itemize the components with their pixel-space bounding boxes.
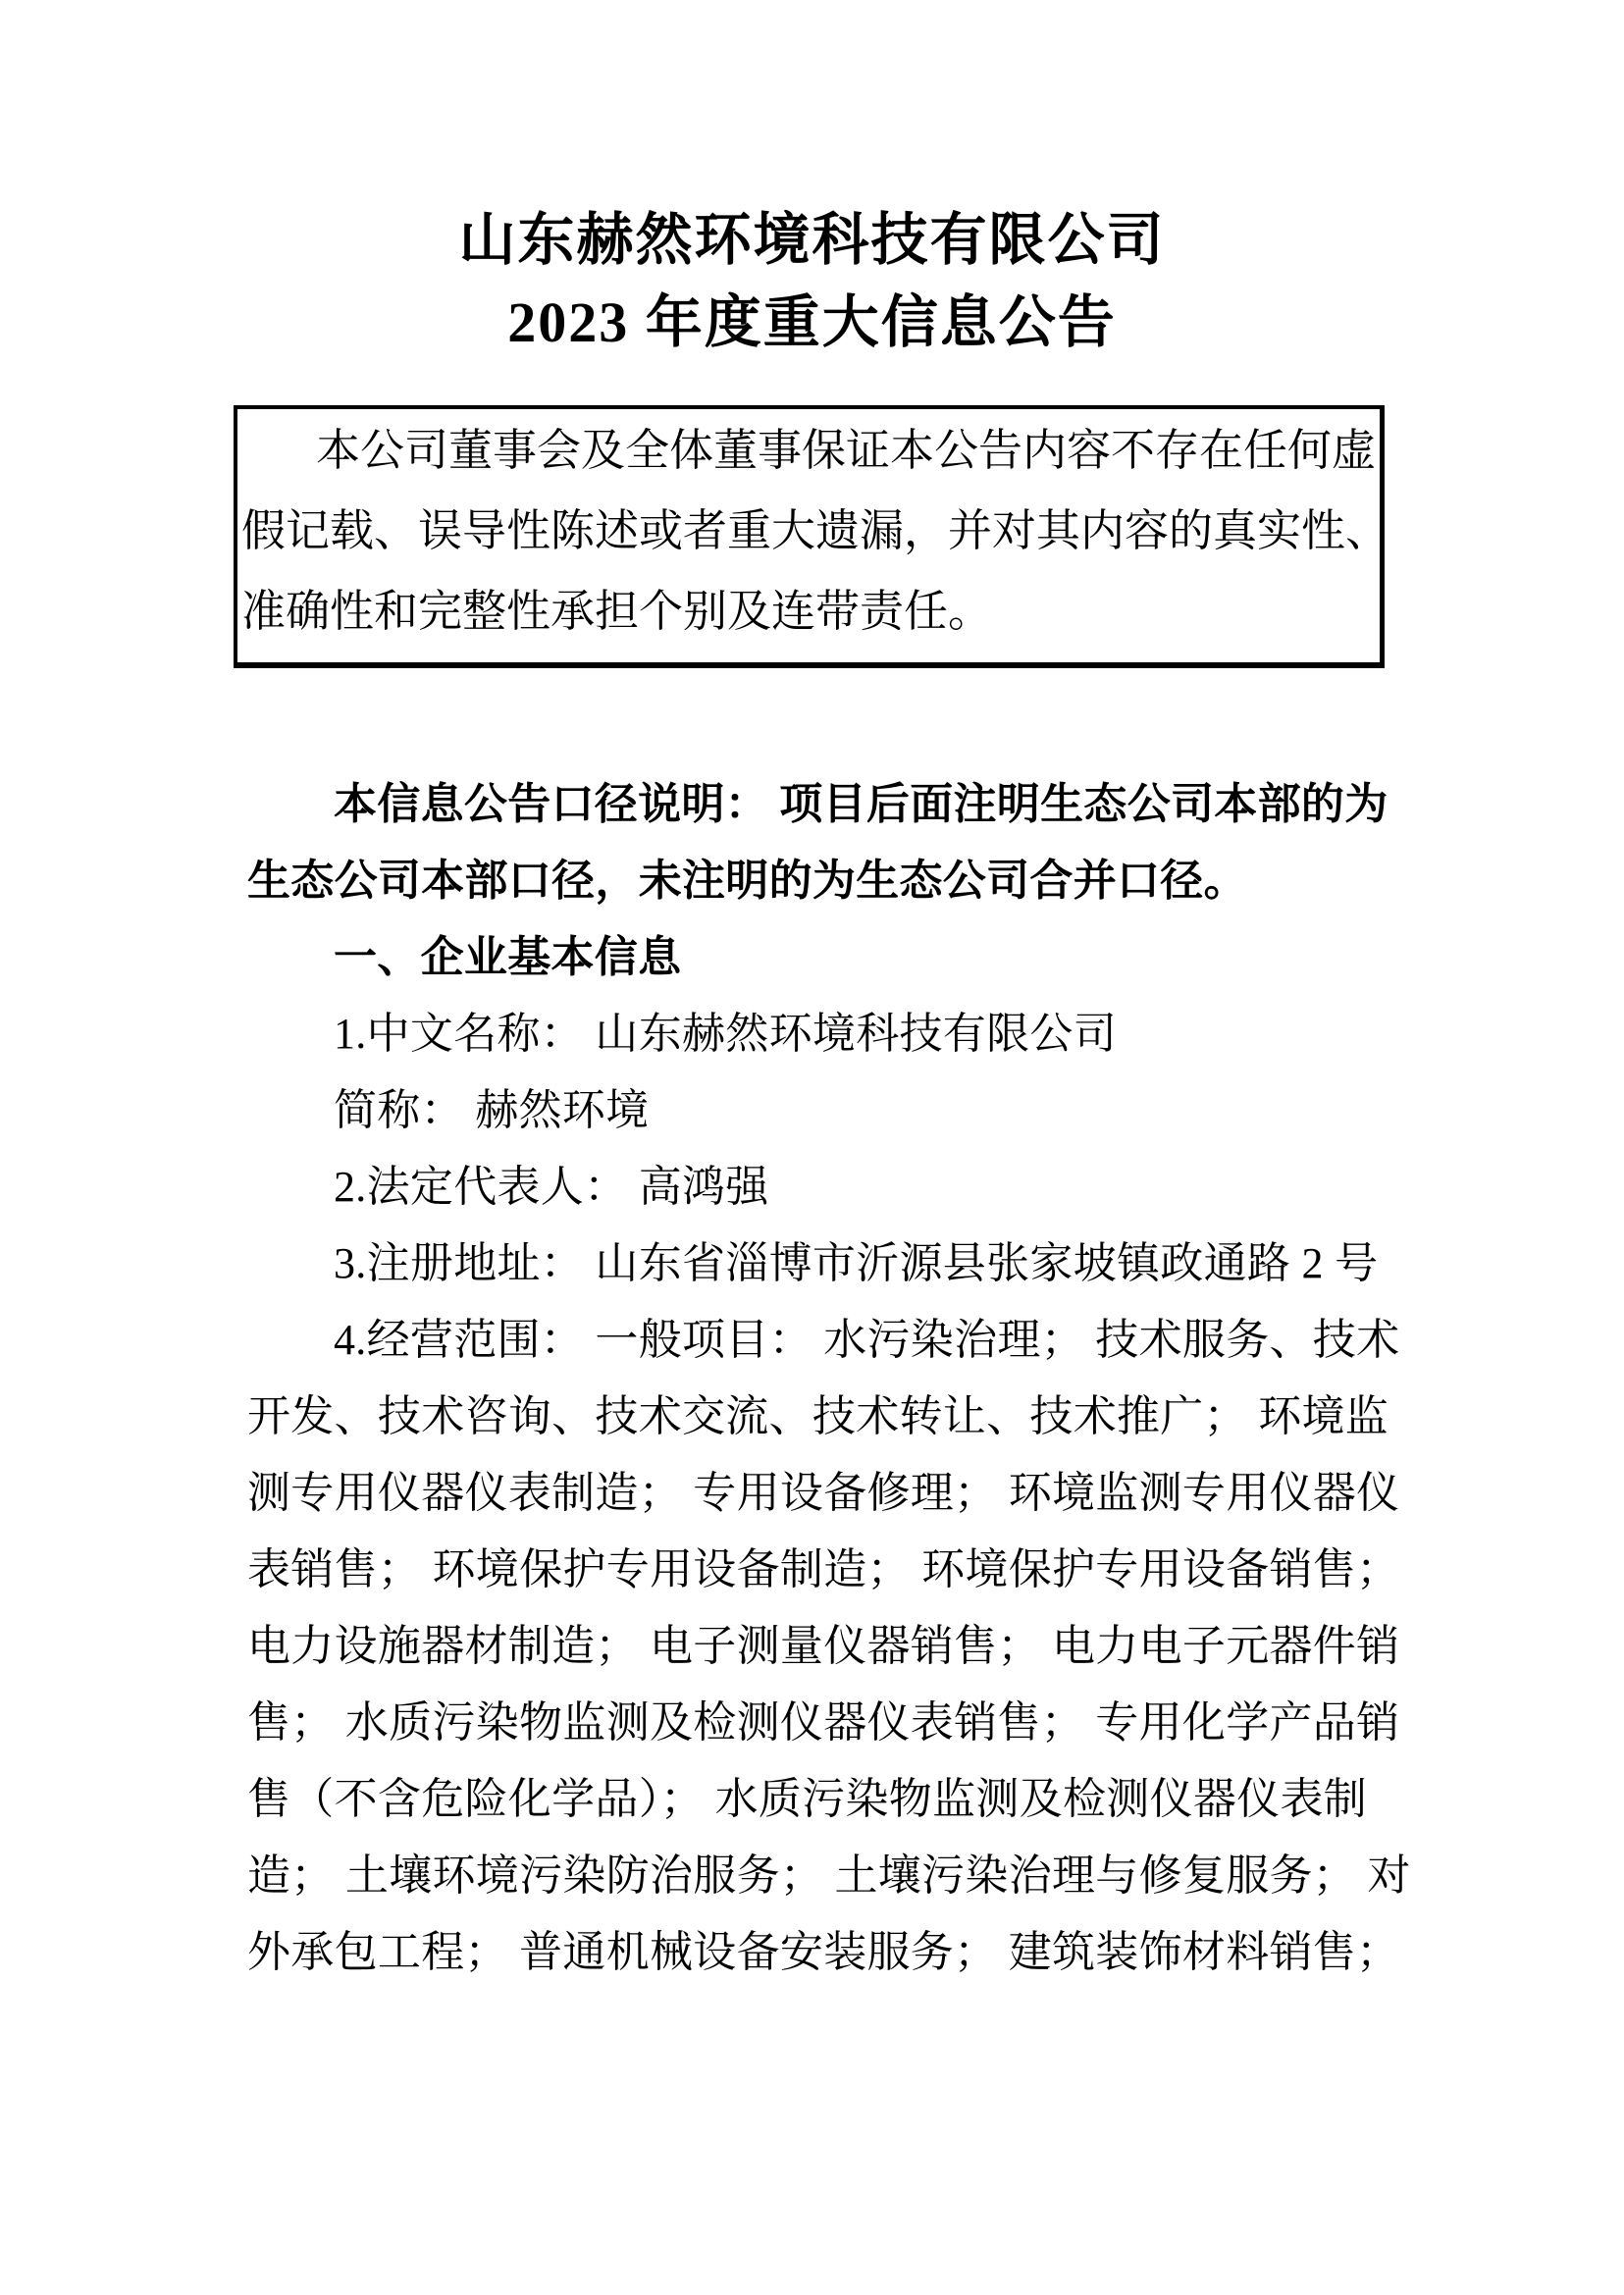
document-title: 山东赫然环境科技有限公司 2023 年度重大信息公告 <box>0 199 1624 364</box>
body-line: 造； 土壤环境污染防治服务； 土壤污染治理与修复服务； 对 <box>247 1838 1377 1914</box>
body-line: 售（不含危险化学品）； 水质污染物监测及检测仪器仪表制 <box>247 1761 1377 1838</box>
body-line: 一、企业基本信息 <box>247 919 1377 996</box>
notice-box-lines: 本公司董事会及全体董事保证本公告内容不存在任何虚假记载、误导性陈述或者重大遗漏，… <box>241 410 1372 652</box>
body-line: 测专用仪器仪表制造； 专用设备修理； 环境监测专用仪器仪 <box>247 1455 1377 1532</box>
body-line: 电力设施器材制造； 电子测量仪器销售； 电力电子元器件销 <box>247 1608 1377 1685</box>
body-line: 4.经营范围： 一般项目： 水污染治理； 技术服务、技术 <box>247 1302 1377 1379</box>
body-line: 2.法定代表人： 高鸿强 <box>247 1149 1377 1226</box>
body-line: 开发、技术咨询、技术交流、技术转让、技术推广； 环境监 <box>247 1379 1377 1455</box>
body-line: 本信息公告口径说明： 项目后面注明生态公司本部的为 <box>247 766 1377 843</box>
notice-box: 本公司董事会及全体董事保证本公告内容不存在任何虚假记载、误导性陈述或者重大遗漏，… <box>234 405 1385 668</box>
body-text: 本信息公告口径说明： 项目后面注明生态公司本部的为生态公司本部口径，未注明的为生… <box>247 766 1377 1991</box>
body-line: 生态公司本部口径，未注明的为生态公司合并口径。 <box>247 843 1377 919</box>
body-line: 3.注册地址： 山东省淄博市沂源县张家坡镇政通路 2 号 <box>247 1226 1377 1302</box>
body-line: 1.中文名称： 山东赫然环境科技有限公司 <box>247 996 1377 1072</box>
document-title-line-1: 山东赫然环境科技有限公司 <box>0 199 1624 282</box>
document-page: 山东赫然环境科技有限公司 2023 年度重大信息公告 本公司董事会及全体董事保证… <box>0 0 1624 2295</box>
document-title-line-2: 2023 年度重大信息公告 <box>0 282 1624 364</box>
notice-box-line: 准确性和完整性承担个别及连带责任。 <box>241 571 1372 652</box>
notice-box-line: 本公司董事会及全体董事保证本公告内容不存在任何虚 <box>241 410 1372 491</box>
body-line: 售； 水质污染物监测及检测仪器仪表销售； 专用化学产品销 <box>247 1685 1377 1761</box>
notice-box-line: 假记载、误导性陈述或者重大遗漏，并对其内容的真实性、 <box>241 491 1372 571</box>
body-line: 外承包工程； 普通机械设备安装服务； 建筑装饰材料销售； <box>247 1914 1377 1991</box>
body-line: 简称： 赫然环境 <box>247 1072 1377 1149</box>
body-line: 表销售； 环境保护专用设备制造； 环境保护专用设备销售； <box>247 1532 1377 1608</box>
